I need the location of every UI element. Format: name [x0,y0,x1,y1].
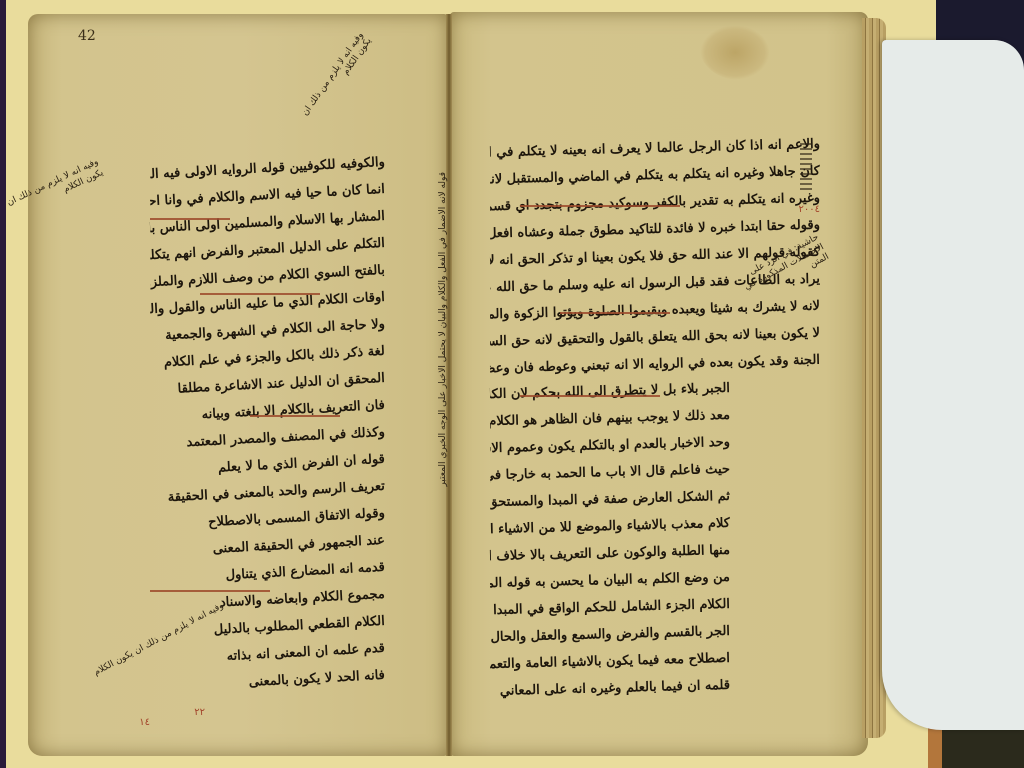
paper-slip [882,40,1024,730]
red-underline [150,218,230,220]
red-underline [150,590,270,592]
red-underline [250,415,340,417]
red-underline [520,205,680,207]
right-gutter-gloss [800,140,812,190]
left-vertical-gloss: قوله لانه الاضمار في الفعل والكلام والبي… [438,172,452,642]
red-underline [520,395,660,397]
folio-number: 42 [78,28,96,44]
left-red-marker-1: ١٤ [120,718,150,730]
left-red-marker-2: ٢٢ [175,708,205,720]
right-red-marker: ٢٠٠٤ [780,205,820,217]
red-underline [200,293,320,295]
red-underline [560,312,670,314]
